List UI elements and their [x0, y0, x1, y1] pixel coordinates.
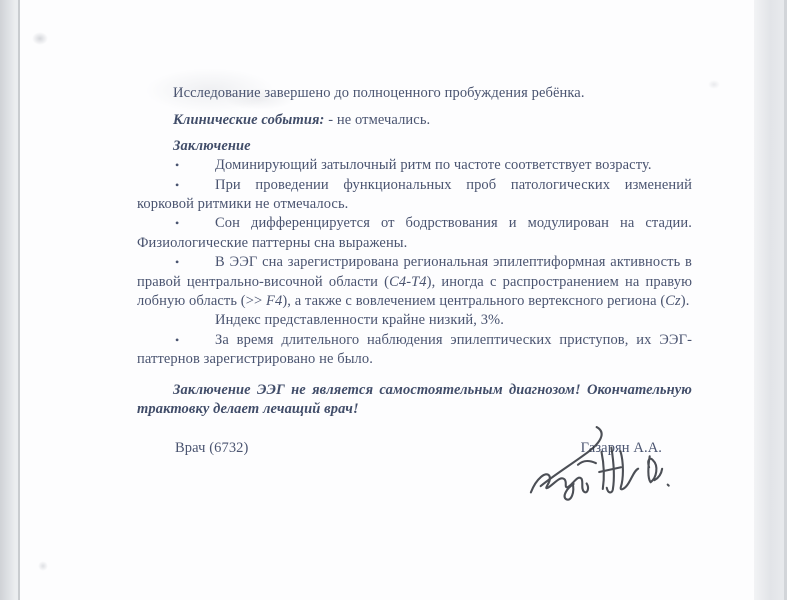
signature-scribble-icon: [519, 421, 682, 511]
bullet-dominant-rhythm: •Доминирующий затылочный ритм по частоте…: [137, 156, 692, 175]
scan-smudge: [32, 32, 48, 45]
bullet-marker: •: [175, 214, 215, 233]
doctor-label: Врач (6732): [175, 439, 248, 458]
electrode-label-f4: F4: [266, 293, 282, 309]
disclaimer-paragraph: Заключение ЭЭГ не является самостоятельн…: [137, 381, 692, 420]
bullet-epileptiform-activity: •В ЭЭГ сна зарегистрирована региональная…: [137, 253, 692, 311]
scanned-document-page: Исследование завершено до полноценного п…: [0, 0, 787, 600]
bullet-text: При проведении функциональных проб патол…: [137, 177, 692, 212]
bullet-functional-tests: •При проведении функциональных проб пато…: [137, 176, 692, 215]
bullet-sleep-stages: •Сон дифференцируется от бодрствования и…: [137, 214, 692, 253]
bullet-text: ), а также с вовлечением центрального ве…: [282, 293, 665, 309]
scan-smudge: [708, 80, 720, 89]
clinical-events-line: Клинические события: - не отмечались.: [137, 111, 692, 130]
document-body: Исследование завершено до полноценного п…: [137, 84, 692, 458]
scan-smudge: [38, 561, 48, 571]
bullet-marker: •: [175, 253, 215, 272]
bullet-marker: •: [175, 176, 215, 195]
index-note-line: Индекс представленности крайне низкий, 3…: [137, 311, 692, 330]
bullet-text: ).: [681, 293, 690, 309]
scan-edge-left: [0, 0, 20, 600]
bullet-text: Сон дифференцируется от бодрствования и …: [137, 215, 692, 250]
intro-paragraph: Исследование завершено до полноценного п…: [137, 84, 692, 103]
bullet-marker: •: [175, 156, 215, 175]
clinical-events-label: Клинические события:: [173, 112, 324, 128]
scan-edge-right: [754, 0, 787, 600]
bullet-marker: •: [175, 331, 215, 350]
bullet-text: За время длительного наблюдения эпилепти…: [137, 332, 692, 367]
bullet-text: Доминирующий затылочный ритм по частоте …: [215, 157, 652, 173]
clinical-events-value: - не отмечались.: [324, 112, 430, 128]
bullet-no-seizures: •За время длительного наблюдения эпилепт…: [137, 331, 692, 370]
conclusion-heading: Заключение: [137, 137, 692, 156]
electrode-label-cz: Cz: [665, 293, 681, 309]
electrode-label-c4-t4: C4-T4: [389, 274, 427, 290]
